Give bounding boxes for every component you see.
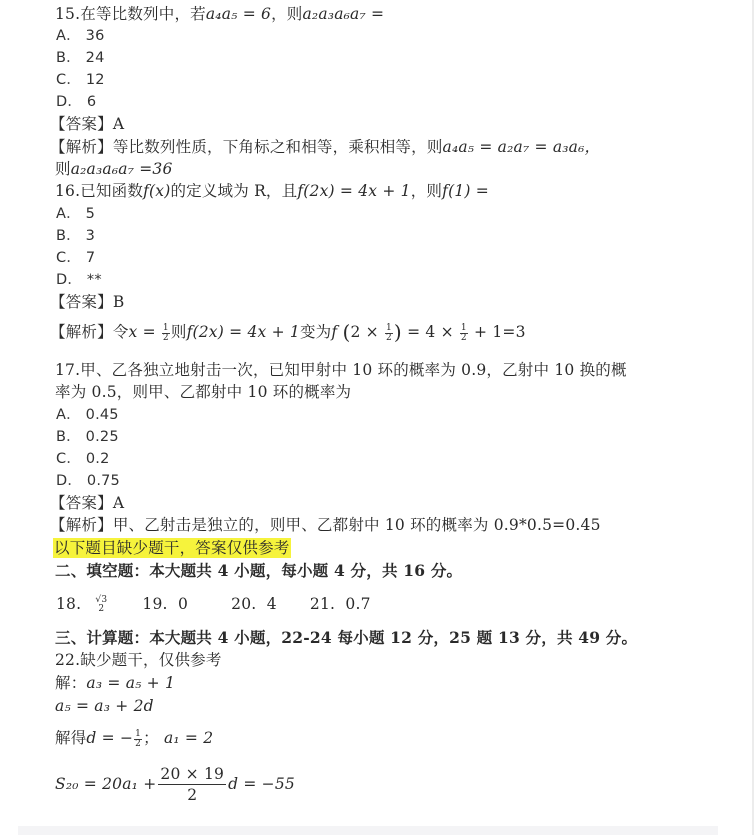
q15-analysis: 【解析】等比数列性质，下角标之和相等，乘积相等，则a₄a₅ = a₂a₇ = a…	[50, 137, 600, 157]
fill-blank-answers: 18. √32 19. 0 20. 4 21. 0.7	[56, 594, 371, 614]
q16-option-a: A． 5	[56, 204, 95, 224]
q22-solved: 解得d = −12； a₁ = 2	[55, 728, 213, 749]
answer-20: 20. 4	[231, 594, 277, 614]
answer-19: 19. 0	[142, 594, 188, 614]
missing-stem-notice: 以下题目缺少题干，答案仅供参考	[53, 538, 291, 558]
q15-option-c: C． 12	[56, 70, 105, 90]
q16-stem: 16.已知函数f(x)的定义域为 R，且f(2x) = 4x + 1，则f(1)…	[55, 181, 489, 201]
section2-heading: 二、填空题：本大题共 4 小题，每小题 4 分，共 16 分。	[55, 561, 462, 581]
fraction-20x19-over-2: 20 × 192	[158, 764, 226, 805]
q17-stem-line1: 17.甲、乙各独立地射击一次，已知甲射中 10 环的概率为 0.9，乙射中 10…	[55, 360, 627, 380]
document-page: 15.在等比数列中，若a₄a₅ = 6，则a₂a₃a₆a₇ = A． 36 B．…	[0, 0, 754, 835]
answer-18: 18. √32	[56, 594, 109, 614]
section3-heading: 三、计算题：本大题共 4 小题，22-24 每小题 12 分，25 题 13 分…	[55, 628, 637, 648]
q17-analysis: 【解析】甲、乙射击是独立的，则甲、乙都射中 10 环的概率为 0.9*0.5=0…	[50, 515, 601, 535]
q16-analysis: 【解析】令x = 12则f(2x) = 4x + 1变为f (2 × 12) =…	[50, 322, 526, 343]
q22-sum: S₂₀ = 20a₁ + 20 × 192 d = −55	[55, 762, 295, 806]
q16-option-d: D． **	[56, 270, 102, 290]
highlighted-text: 以下题目缺少题干，答案仅供参考	[53, 538, 291, 558]
fraction-half: 12	[385, 324, 393, 343]
q15-stem-text: 15.在等比数列中，若	[55, 5, 206, 23]
q17-option-b: B． 0.25	[56, 427, 119, 447]
q15-stem-mid: ，则	[271, 5, 302, 23]
q15-condition: a₄a₅ = 6	[206, 5, 271, 23]
q22-title: 22.缺少题干，仅供参考	[55, 650, 222, 670]
q16-option-b: B． 3	[56, 226, 95, 246]
q17-option-a: A． 0.45	[56, 405, 119, 425]
q15-answer: 【答案】A	[50, 114, 124, 134]
q16-answer: 【答案】B	[50, 292, 124, 312]
q15-option-d: D． 6	[56, 92, 96, 112]
q17-answer: 【答案】A	[50, 493, 124, 513]
fraction-half: 12	[460, 324, 468, 343]
q22-solution-eq1: 解：a₃ = a₅ + 1	[55, 673, 175, 693]
q15-option-a: A． 36	[56, 26, 105, 46]
page-bottom-edge	[18, 826, 718, 835]
answer-21: 21. 0.7	[310, 594, 371, 614]
q17-stem-line2: 率为 0.5，则甲、乙都射中 10 环的概率为	[55, 382, 351, 402]
q15-option-b: B． 24	[56, 48, 105, 68]
q16-option-c: C． 7	[56, 248, 95, 268]
q22-solution-eq2: a₅ = a₃ + 2d	[55, 696, 154, 716]
q17-option-c: C． 0.2	[56, 449, 110, 469]
q15-stem: 15.在等比数列中，若a₄a₅ = 6，则a₂a₃a₆a₇ =	[55, 4, 384, 24]
q17-option-d: D． 0.75	[56, 471, 120, 491]
fraction-half: 12	[162, 324, 170, 343]
q15-target: a₂a₃a₆a₇ =	[302, 5, 384, 23]
q15-analysis-line2: 则a₂a₃a₆a₇ =36	[55, 159, 173, 179]
